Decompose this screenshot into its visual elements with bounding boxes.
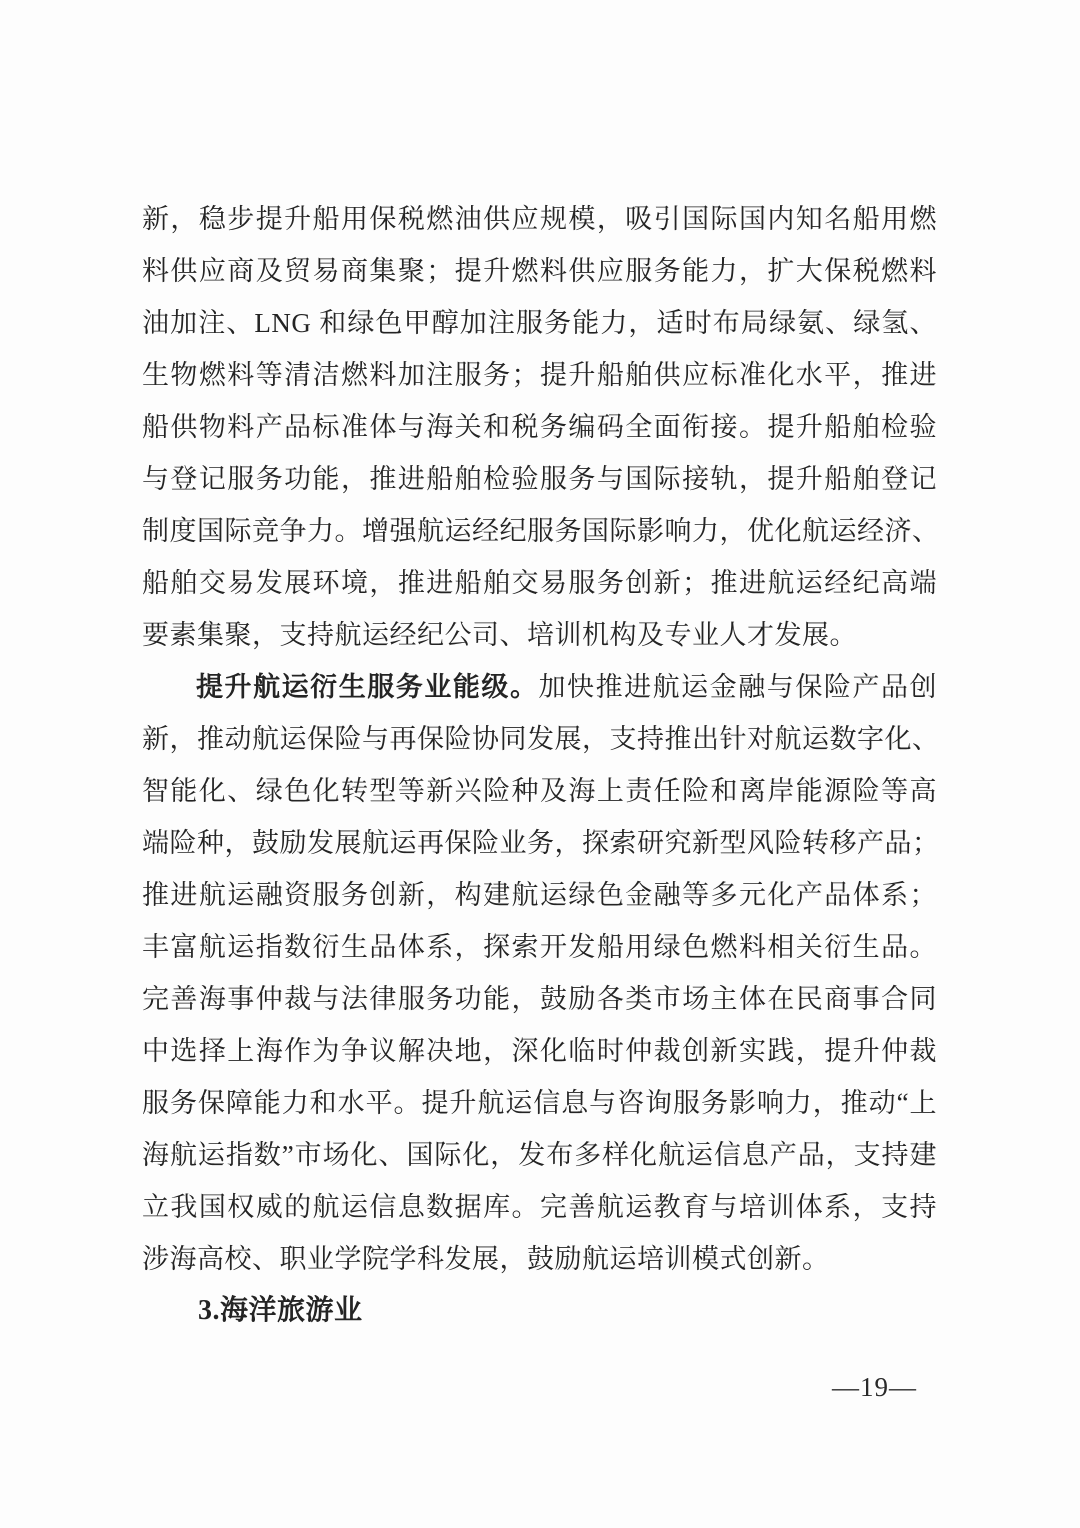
text-line: 丰富航运指数衍生品体系，探索开发船用绿色燃料相关衍生品。 bbox=[142, 921, 937, 973]
text-line: 生物燃料等清洁燃料加注服务；提升船舶供应标准化水平，推进 bbox=[142, 349, 937, 401]
text-line: 料供应商及贸易商集聚；提升燃料供应服务能力，扩大保税燃料 bbox=[142, 245, 937, 297]
text-line: 海航运指数”市场化、国际化，发布多样化航运信息产品，支持建 bbox=[142, 1129, 937, 1181]
text-line: 船供物料产品标准体与海关和税务编码全面衔接。提升船舶检验 bbox=[142, 401, 937, 453]
text-line: 船舶交易发展环境，推进船舶交易服务创新；推进航运经纪高端 bbox=[142, 557, 937, 609]
text-line: 与登记服务功能，推进船舶检验服务与国际接轨，提升船舶登记 bbox=[142, 453, 937, 505]
text-line: 完善海事仲裁与法律服务功能，鼓励各类市场主体在民商事合同 bbox=[142, 973, 937, 1025]
text-line: 服务保障能力和水平。提升航运信息与咨询服务影响力，推动“上 bbox=[142, 1077, 937, 1129]
section-heading: 3.海洋旅游业 bbox=[142, 1285, 937, 1337]
page-number: —19— bbox=[832, 1372, 917, 1403]
document-page: 新，稳步提升船用保税燃油供应规模，吸引国际国内知名船用燃料供应商及贸易商集聚；提… bbox=[0, 0, 1080, 1528]
text-line: 要素集聚，支持航运经纪公司、培训机构及专业人才发展。 bbox=[142, 609, 937, 661]
text-line: 推进航运融资服务创新，构建航运绿色金融等多元化产品体系； bbox=[142, 869, 937, 921]
text-line: 制度国际竞争力。增强航运经纪服务国际影响力，优化航运经济、 bbox=[142, 505, 937, 557]
text-line: 智能化、绿色化转型等新兴险种及海上责任险和离岸能源险等高 bbox=[142, 765, 937, 817]
text-line: 涉海高校、职业学院学科发展，鼓励航运培训模式创新。 bbox=[142, 1233, 937, 1285]
text-line: 中选择上海作为争议解决地，深化临时仲裁创新实践，提升仲裁 bbox=[142, 1025, 937, 1077]
bold-lead-text: 提升航运衍生服务业能级。 bbox=[196, 672, 538, 702]
text-line: 立我国权威的航运信息数据库。完善航运教育与培训体系，支持 bbox=[142, 1181, 937, 1233]
text-line: 新，稳步提升船用保税燃油供应规模，吸引国际国内知名船用燃 bbox=[142, 193, 937, 245]
text-line: 油加注、LNG 和绿色甲醇加注服务能力，适时布局绿氨、绿氢、 bbox=[142, 297, 937, 349]
text-line: 新，推动航运保险与再保险协同发展，支持推出针对航运数字化、 bbox=[142, 713, 937, 765]
text-line: 端险种，鼓励发展航运再保险业务，探索研究新型风险转移产品； bbox=[142, 817, 937, 869]
body-text: 新，稳步提升船用保税燃油供应规模，吸引国际国内知名船用燃料供应商及贸易商集聚；提… bbox=[142, 193, 937, 1337]
text-line: 提升航运衍生服务业能级。加快推进航运金融与保险产品创 bbox=[142, 661, 937, 713]
